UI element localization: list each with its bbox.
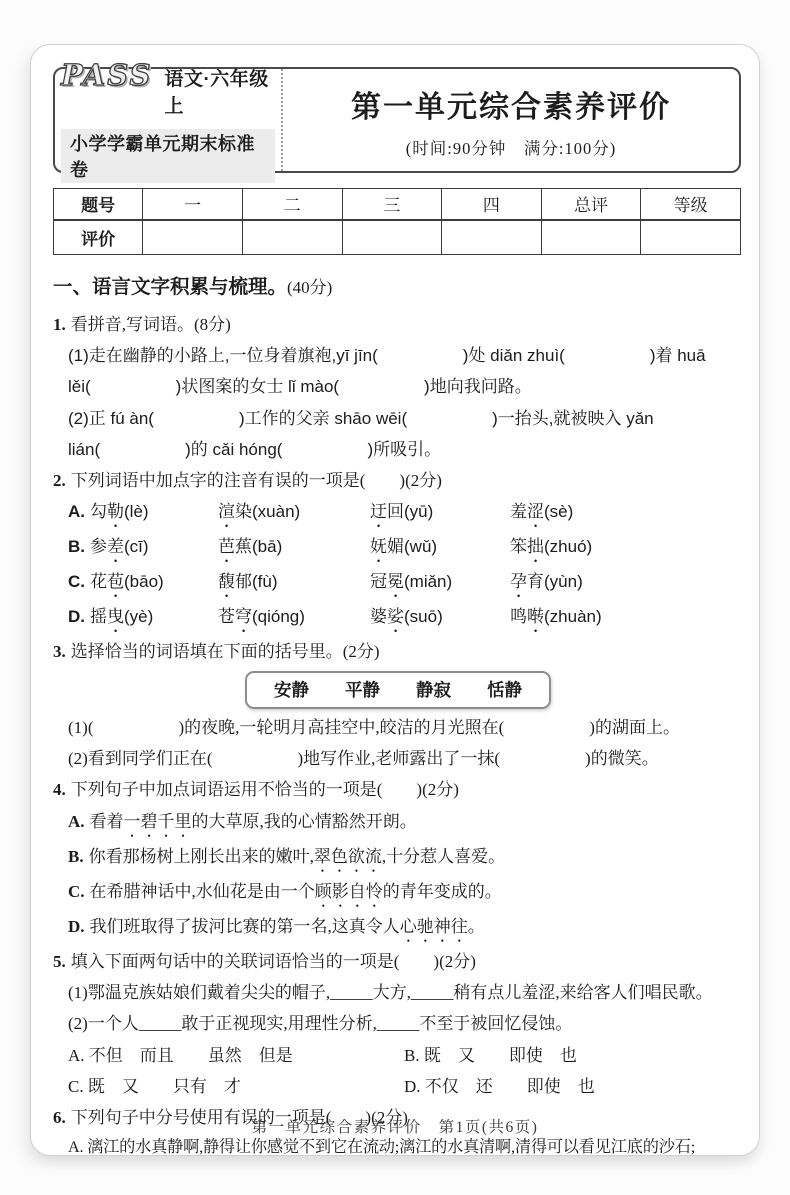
question-5: 5.填入下面两句话中的关联词语恰当的一项是( )(2分) (1)鄂温克族姑娘们戴… bbox=[53, 946, 743, 1102]
question-2: 2.下列词语中加点字的注音有误的一项是( )(2分) A.勾勒(lè) 渲染(x… bbox=[53, 465, 743, 636]
question-number: 3. bbox=[53, 642, 66, 661]
course-label: 语文·六年级上 bbox=[164, 64, 275, 118]
option-row: D.摇曳(yè) 苍穹(qióng) 婆娑(suō) 鸣啭(zhuàn) bbox=[53, 601, 743, 636]
score-col-header: 题号 bbox=[54, 189, 143, 220]
score-col-header: 等级 bbox=[641, 189, 741, 220]
question-stem: 1.看拼音,写词语。(8分) bbox=[53, 309, 743, 340]
paper-title: 第一单元综合素养评价 bbox=[351, 82, 671, 126]
fill-in-item: (1)( )的夜晚,一轮明月高挂空中,皎洁的月光照在( )的湖面上。 bbox=[53, 712, 743, 743]
option-row: D. 不仅 还 即使 也 bbox=[404, 1071, 743, 1102]
dotted-char: 啭 bbox=[527, 607, 544, 626]
question-stem: 2.下列词语中加点字的注音有误的一项是( )(2分) bbox=[53, 465, 743, 496]
word-bank-word: 静寂 bbox=[416, 674, 451, 706]
dotted-char: 娑 bbox=[387, 607, 404, 626]
dotted-char: 勒 bbox=[107, 502, 124, 521]
option-row: B.参差(cī) 芭蕉(bā) 妩媚(wǔ) 笨拙(zhuó) bbox=[53, 531, 743, 566]
dotted-char: 渲 bbox=[218, 502, 235, 521]
score-table-value-row: 评价 bbox=[54, 220, 741, 255]
logo-row: PASS 语文·六年级上 bbox=[61, 58, 275, 118]
option-cell: 芭蕉(bā) bbox=[218, 531, 370, 566]
fill-in-item: (2)看到同学们正在( )地写作业,老师露出了一抹( )的微笑。 bbox=[53, 743, 743, 774]
score-table: 题号 一 二 三 四 总评 等级 评价 bbox=[53, 188, 741, 255]
score-col-header: 二 bbox=[242, 189, 342, 220]
option-letter: A. bbox=[68, 502, 85, 521]
dotted-char: 曳 bbox=[107, 607, 124, 626]
score-cell-empty bbox=[242, 220, 342, 255]
option-row: B. 既 又 即使 也 bbox=[404, 1040, 743, 1071]
fill-in-item: (2)正 fú àn( )工作的父亲 shāo wēi( )一抬头,就被映入 y… bbox=[53, 403, 743, 466]
dotted-word: 翠色欲流 bbox=[314, 847, 382, 866]
option-letter: B. bbox=[68, 847, 84, 866]
exam-header: PASS 语文·六年级上 小学学霸单元期末标准卷 第一单元综合素养评价 (时间:… bbox=[53, 67, 741, 173]
question-stem: 4.下列句子中加点词语运用不恰当的一项是( )(2分) bbox=[53, 774, 743, 805]
dotted-char: 差 bbox=[107, 537, 124, 556]
score-col-header: 三 bbox=[342, 189, 442, 220]
score-cell-empty bbox=[342, 220, 442, 255]
question-number: 1. bbox=[53, 315, 66, 334]
dotted-char: 孕 bbox=[510, 572, 527, 591]
dotted-char: 芭 bbox=[218, 537, 235, 556]
exam-body: 一、语言文字积累与梳理。(40分) 1.看拼音,写词语。(8分) (1)走在幽静… bbox=[43, 255, 745, 1163]
option-letter: D. bbox=[68, 607, 85, 626]
score-col-header: 一 bbox=[143, 189, 243, 220]
option-letter: D. bbox=[68, 917, 85, 936]
option-cell: 婆娑(suō) bbox=[370, 601, 510, 636]
question-stem: 3.选择恰当的词语填在下面的括号里。(2分) bbox=[53, 636, 743, 667]
word-bank-box: 安静 平静 静寂 恬静 bbox=[245, 671, 551, 709]
option-cell: 妩媚(wǔ) bbox=[370, 531, 510, 566]
question-number: 5. bbox=[53, 952, 66, 971]
option-cell: 鸣啭(zhuàn) bbox=[510, 601, 743, 636]
option-row: C.在希腊神话中,水仙花是由一个顾影自怜的青年变成的。 bbox=[53, 876, 743, 911]
score-cell-empty bbox=[541, 220, 641, 255]
option-letter: C. bbox=[68, 572, 85, 591]
score-cell-empty bbox=[442, 220, 542, 255]
score-cell-empty bbox=[641, 220, 741, 255]
section-score: (40分) bbox=[287, 278, 332, 297]
dotted-char: 穹 bbox=[235, 607, 252, 626]
option-cell: 迂回(yū) bbox=[370, 496, 510, 531]
exam-page: PASS 语文·六年级上 小学学霸单元期末标准卷 第一单元综合素养评价 (时间:… bbox=[30, 44, 760, 1156]
option-cell: 孕育(yùn) bbox=[510, 566, 743, 601]
question-stem-text: 填入下面两句话中的关联词语恰当的一项是( )(2分) bbox=[71, 952, 476, 971]
dotted-char: 馥 bbox=[218, 572, 235, 591]
option-letter: A. bbox=[68, 812, 85, 831]
dotted-char: 拙 bbox=[527, 537, 544, 556]
option-cell: C.花苞(bāo) bbox=[68, 566, 218, 601]
option-cell: 渲染(xuàn) bbox=[218, 496, 370, 531]
option-row: A. 不但 而且 虽然 但是 bbox=[68, 1040, 404, 1071]
question-1: 1.看拼音,写词语。(8分) (1)走在幽静的小路上,一位身着旗袍,yī jīn… bbox=[53, 309, 743, 465]
fill-in-item: (2)一个人_____敢于正视现实,用理性分析,_____不至于被回忆侵蚀。 bbox=[53, 1008, 743, 1039]
question-stem-text: 选择恰当的词语填在下面的括号里。(2分) bbox=[71, 642, 380, 661]
option-grid: A. 不但 而且 虽然 但是 B. 既 又 即使 也 C. 既 又 只有 才 D… bbox=[53, 1040, 743, 1103]
option-cell: B.参差(cī) bbox=[68, 531, 218, 566]
option-cell: D.摇曳(yè) bbox=[68, 601, 218, 636]
question-stem-text: 看拼音,写词语。(8分) bbox=[71, 315, 231, 334]
dotted-char: 冕 bbox=[387, 572, 404, 591]
dotted-char: 妩 bbox=[370, 537, 387, 556]
question-stem: 5.填入下面两句话中的关联词语恰当的一项是( )(2分) bbox=[53, 946, 743, 977]
option-cell: A.勾勒(lè) bbox=[68, 496, 218, 531]
title-block: 第一单元综合素养评价 (时间:90分钟 满分:100分) bbox=[283, 69, 739, 171]
paper-subtitle: (时间:90分钟 满分:100分) bbox=[406, 135, 616, 159]
fill-in-item: (1)鄂温克族姑娘们戴着尖尖的帽子,_____大方,_____稍有点儿羞涩,来给… bbox=[53, 977, 743, 1008]
word-bank-word: 平静 bbox=[345, 674, 380, 706]
dotted-word: 一碧千里 bbox=[124, 812, 192, 831]
question-number: 4. bbox=[53, 780, 66, 799]
option-letter: B. bbox=[68, 537, 85, 556]
question-stem-text: 下列句子中加点词语运用不恰当的一项是( )(2分) bbox=[71, 780, 459, 799]
option-row: B.你看那杨树上刚长出来的嫩叶,翠色欲流,十分惹人喜爱。 bbox=[53, 841, 743, 876]
score-col-header: 总评 bbox=[541, 189, 641, 220]
page-footer: 第一单元综合素养评价 第1页(共6页) bbox=[31, 1115, 759, 1137]
dotted-char: 苞 bbox=[107, 572, 124, 591]
option-cell: 馥郁(fù) bbox=[218, 566, 370, 601]
option-cell: 羞涩(sè) bbox=[510, 496, 743, 531]
section-title: 一、语言文字积累与梳理。 bbox=[53, 276, 287, 298]
option-row: C. 既 又 只有 才 bbox=[68, 1071, 404, 1102]
pass-logo: PASS bbox=[61, 58, 152, 92]
option-row: A.勾勒(lè) 渲染(xuàn) 迂回(yū) 羞涩(sè) bbox=[53, 496, 743, 531]
option-row: C.花苞(bāo) 馥郁(fù) 冠冕(miǎn) 孕育(yùn) bbox=[53, 566, 743, 601]
word-bank-word: 恬静 bbox=[487, 674, 522, 706]
dotted-char: 涩 bbox=[527, 502, 544, 521]
dotted-word: 顾影自怜 bbox=[315, 882, 383, 901]
word-bank-word: 安静 bbox=[274, 674, 309, 706]
option-cell: 冠冕(miǎn) bbox=[370, 566, 510, 601]
question-stem-text: 下列词语中加点字的注音有误的一项是( )(2分) bbox=[71, 471, 442, 490]
score-col-header: 四 bbox=[442, 189, 542, 220]
score-row-label: 评价 bbox=[54, 220, 143, 255]
series-label: 小学学霸单元期末标准卷 bbox=[61, 129, 275, 183]
option-cell: 苍穹(qióng) bbox=[218, 601, 370, 636]
question-3: 3.选择恰当的词语填在下面的括号里。(2分) 安静 平静 静寂 恬静 (1)( … bbox=[53, 636, 743, 774]
question-number: 2. bbox=[53, 471, 66, 490]
option-row: A. 漓江的水真静啊,静得让你感觉不到它在流动;漓江的水真清啊,清得可以看见江底… bbox=[53, 1133, 743, 1163]
score-table-header-row: 题号 一 二 三 四 总评 等级 bbox=[54, 189, 741, 220]
publisher-block: PASS 语文·六年级上 小学学霸单元期末标准卷 bbox=[55, 69, 283, 171]
dotted-word: 心驰神往 bbox=[400, 917, 468, 936]
fill-in-item: (1)走在幽静的小路上,一位身着旗袍,yī jīn( )处 diǎn zhuì(… bbox=[53, 340, 743, 403]
option-letter: C. bbox=[68, 882, 85, 901]
question-4: 4.下列句子中加点词语运用不恰当的一项是( )(2分) A.看着一碧千里的大草原… bbox=[53, 774, 743, 945]
option-row: A.看着一碧千里的大草原,我的心情豁然开朗。 bbox=[53, 806, 743, 841]
dotted-char: 迂 bbox=[370, 502, 387, 521]
score-cell-empty bbox=[143, 220, 243, 255]
option-cell: 笨拙(zhuó) bbox=[510, 531, 743, 566]
section-1-heading: 一、语言文字积累与梳理。(40分) bbox=[53, 270, 743, 306]
option-row: D.我们班取得了拔河比赛的第一名,这真令人心驰神往。 bbox=[53, 911, 743, 946]
